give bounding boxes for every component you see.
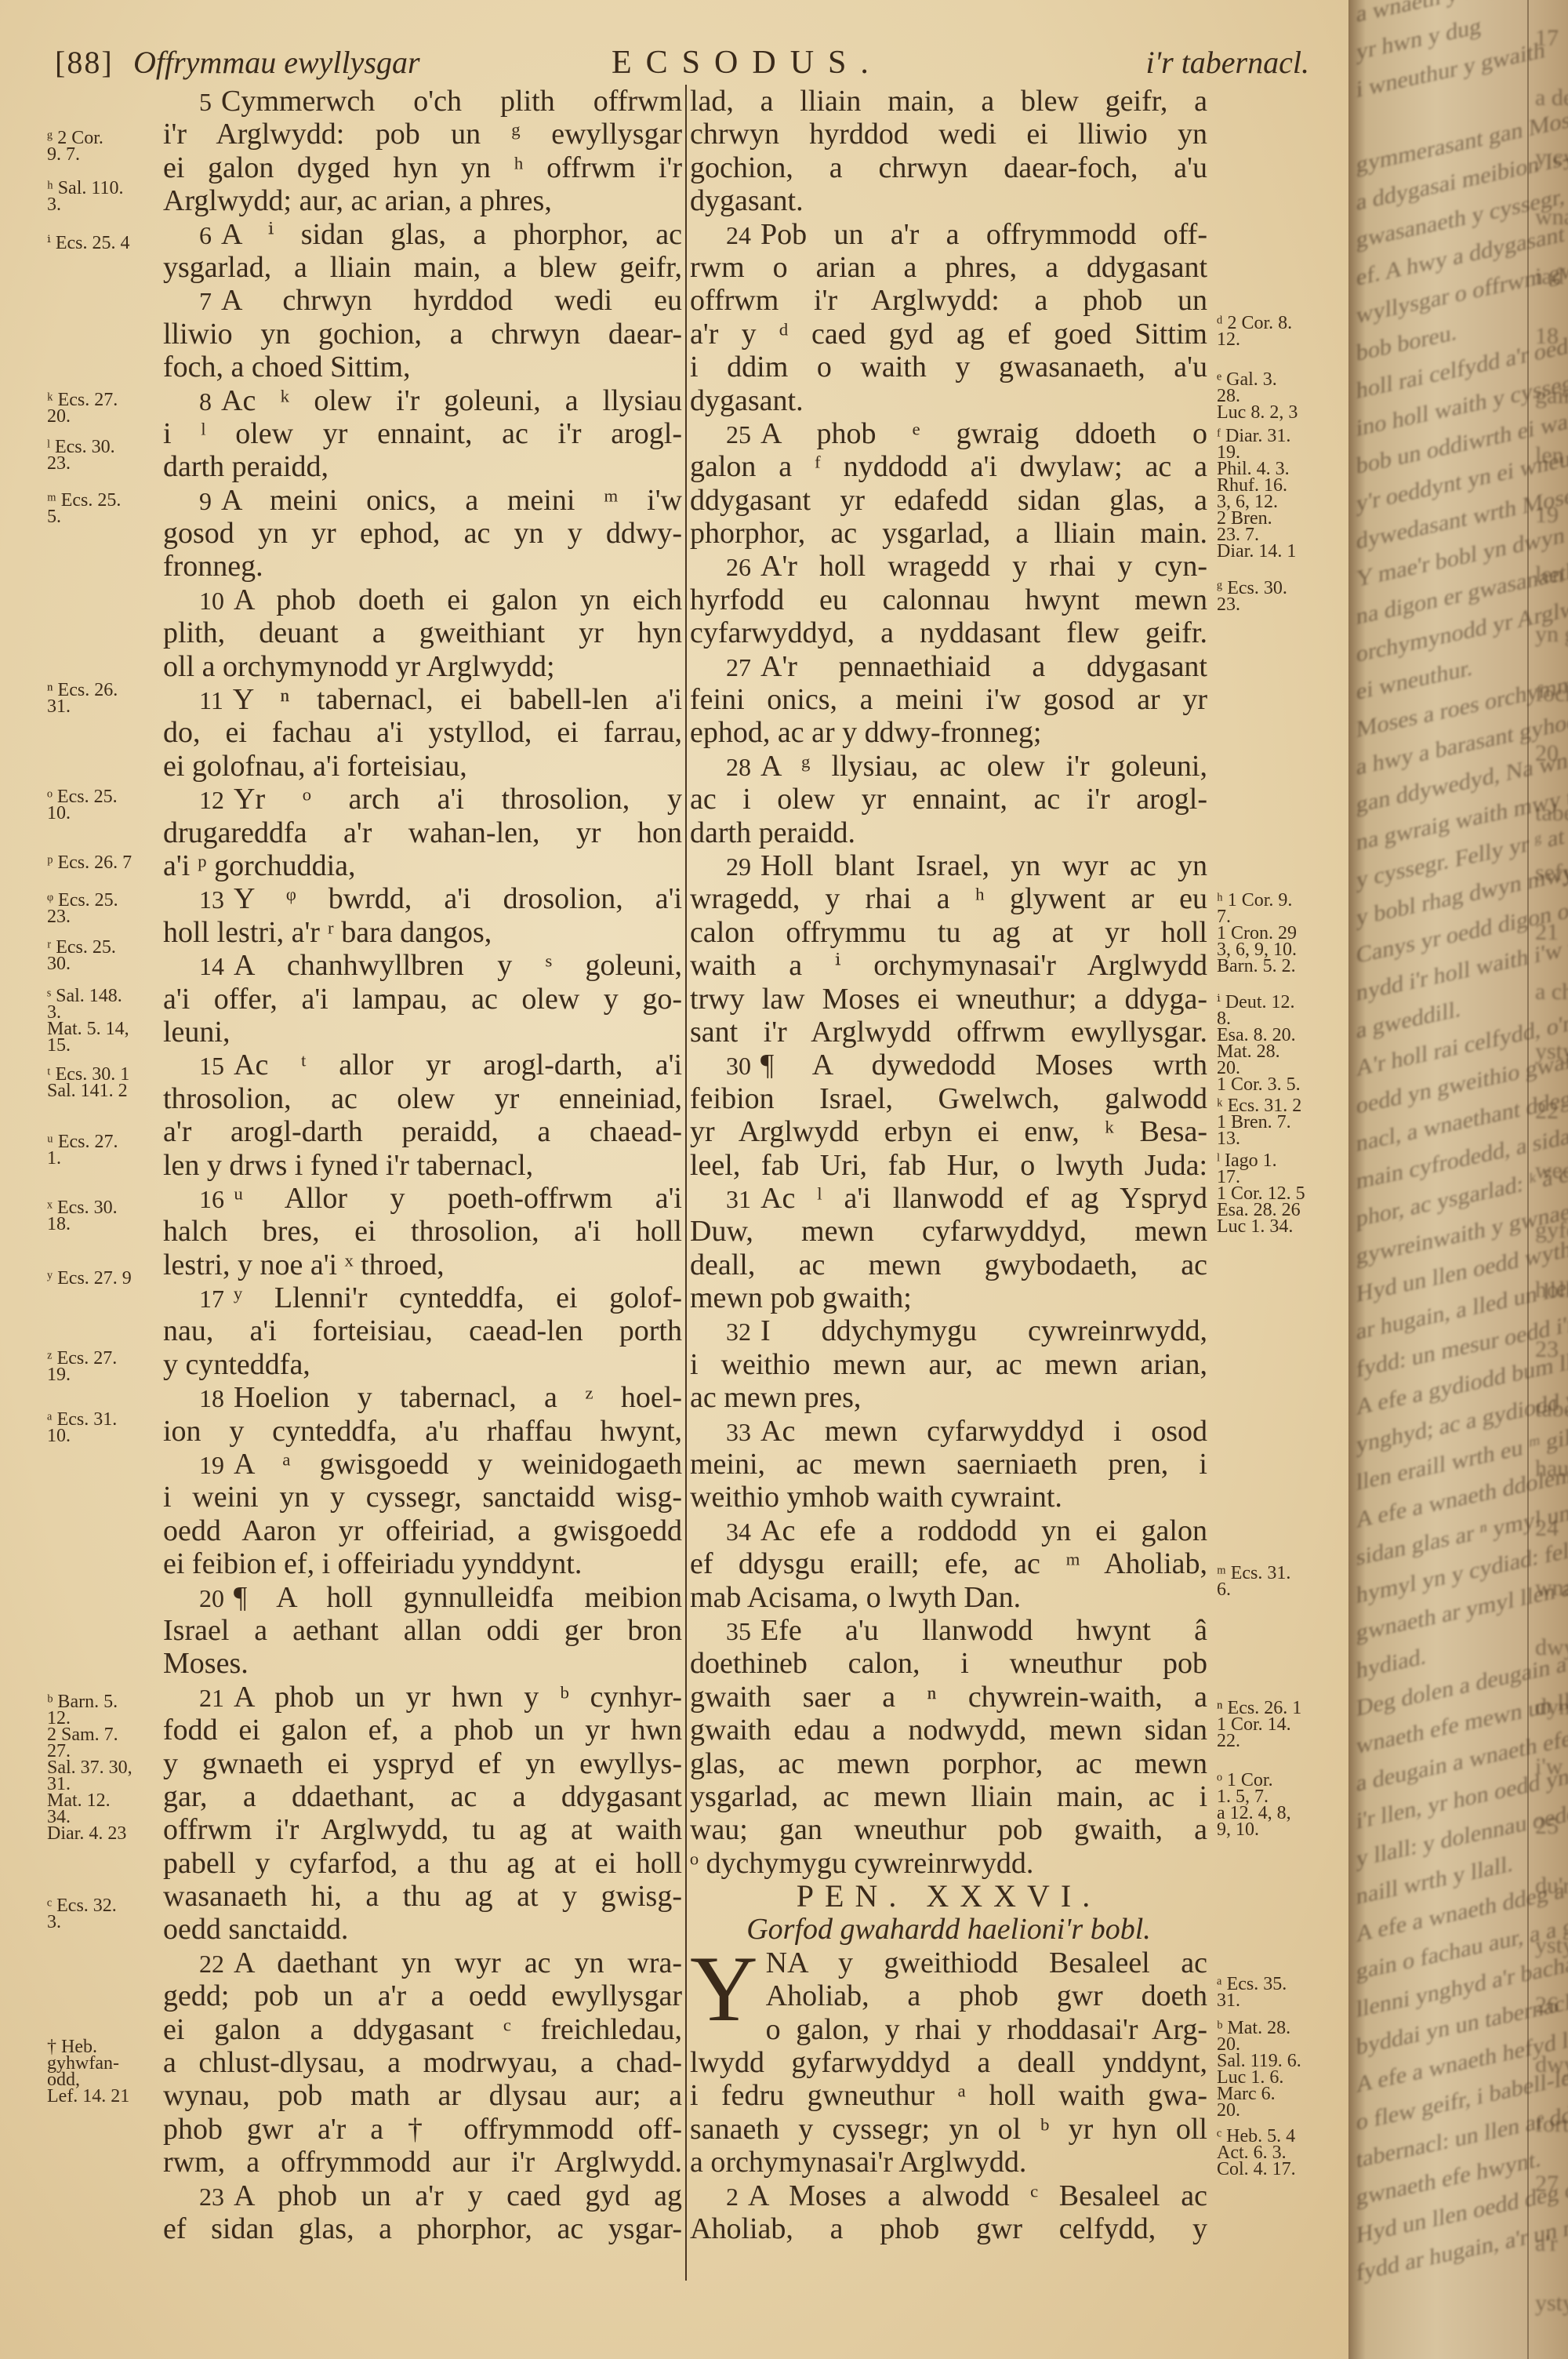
verse-text: darth peraidd,	[163, 450, 328, 483]
chapter-body: Y NA y gweithiodd Besaleel acAholiab, a …	[690, 1946, 1207, 2246]
chapter-lines: NA y gweithiodd Besaleel acAholiab, a ph…	[690, 1946, 1207, 2246]
adjacent-page-fragment: du'r	[1535, 1871, 1568, 1931]
adjacent-page-fragment: gyfe	[1535, 1216, 1568, 1275]
text-line: gar, a ddaethant, ac a ddygasant	[163, 1780, 682, 1813]
verse-text: cyfarwyddyd, a nyddasant flew geifr.	[690, 616, 1207, 649]
text-line: ei golofnau, a'i forteisiau,	[163, 750, 682, 783]
text-line: mewn pob gwaith;	[690, 1281, 1207, 1314]
verse-text: i fedru gwneuthur ᵃ holl waith gwa-	[690, 2079, 1207, 2112]
verse-text: rwm, a offrymmodd aur i'r Arglwydd.	[163, 2146, 682, 2179]
verse-number: 26	[726, 553, 751, 581]
verse-number: 8	[199, 387, 212, 416]
verse-start-line: 18Hoelion y tabernacl, a ᶻ hoel-	[163, 1381, 682, 1414]
verse-text: Moses.	[163, 1647, 249, 1680]
verse-text: ef ddysgu eraill; efe, ac ᵐ Aholiab,	[690, 1547, 1207, 1580]
cross-reference-note: ᵐ Ecs. 31. 6.	[1217, 1565, 1290, 1598]
cross-reference-note: ʳ Ecs. 25. 30.	[47, 940, 116, 972]
verse-text: chrwyn hyrddod wedi ei lliwio yn	[690, 118, 1207, 151]
verse-text: A'r pennaethiaid a ddygasant	[760, 650, 1207, 683]
adjacent-page-fragment: wedi	[1535, 1156, 1568, 1216]
verse-text: wasanaeth hi, a thu ag at y gwisg-	[163, 1880, 682, 1913]
text-line: glas, ac mewn porphor, ac mewn	[690, 1747, 1207, 1780]
text-line: sanaeth y cyssegr; yn ol ᵇ yr hyn oll	[690, 2113, 1207, 2146]
verse-number: 18	[199, 1384, 224, 1412]
text-line: a chlust-dlysau, a modrwyau, a chad-	[163, 2046, 682, 2079]
column-divider	[685, 85, 687, 2281]
verse-text: phob gwr a'r a † offrymmodd off-	[163, 2113, 682, 2146]
verse-text: gosod yn yr ephod, ac yn y ddwy-	[163, 517, 682, 550]
verse-start-line: 13Y ᵠ bwrdd, a'i drosolion, a'i	[163, 882, 682, 915]
verse-number: 7	[199, 287, 212, 315]
cross-reference-note: ᵍ 2 Cor. 9. 7.	[47, 130, 103, 163]
verse-text: NA y gweithiodd Besaleel ac	[766, 1946, 1207, 1979]
cross-reference-note: ᵃ Ecs. 35. 31.	[1217, 1976, 1287, 2009]
verse-number: 5	[199, 88, 212, 116]
verse-text: gwaith edau a nodwydd, mewn sidan	[690, 1714, 1207, 1747]
text-line: leel, fab Uri, fab Hur, o lwyth Juda:	[690, 1149, 1207, 1182]
verse-start-line: 23A phob un a'r y caed gyd ag	[163, 2179, 682, 2212]
verse-number: 24	[726, 221, 751, 249]
verse-text: wragedd, y rhai a ʰ glywent ar eu	[690, 882, 1207, 915]
verse-text: doethineb calon, i wneuthur pob	[690, 1647, 1207, 1680]
adjacent-page-fragment: len o	[1535, 560, 1568, 620]
verse-text: i'r Arglwydd: pob un ᵍ ewyllysgar	[163, 118, 682, 151]
verse-number: 22	[199, 1950, 224, 1978]
verse-start-line: 5Cymmerwch o'ch plith offrwm	[163, 85, 682, 118]
adjacent-page-fragment: 24	[1535, 1514, 1568, 1573]
adjacent-page-fragment: tabe	[1535, 1394, 1568, 1454]
verse-text: wau; gan wneuthur pob gwaith, a	[690, 1813, 1207, 1846]
verse-text: ei galon dyged hyn yn ʰ offrwm i'r	[163, 151, 682, 184]
verse-text: A chanhwyllbren y ˢ goleuni,	[234, 949, 682, 982]
verse-text: gedd; pob un a'r a oedd ewyllysgar	[163, 1979, 682, 2012]
adjacent-page-fragment: dyn	[1535, 1692, 1568, 1752]
verse-number: 25	[726, 420, 751, 449]
verse-text: ei golofnau, a'i forteisiau,	[163, 750, 467, 783]
verse-text: feini onics, a meini i'w gosod ar yr	[690, 683, 1207, 716]
verse-text: ddygasant yr edafedd sidan glas, a	[690, 484, 1207, 517]
text-line: gwaith saer a ⁿ chywrein-waith, a	[690, 1681, 1207, 1714]
text-line: lliwio yn gochion, a chrwyn daear-	[163, 318, 682, 351]
verse-text: fronneg.	[163, 550, 263, 583]
verse-start-line: 22A daethant yn wyr ac yn wra-	[163, 1946, 682, 1979]
text-line: throsolion, ac olew yr enneiniad,	[163, 1082, 682, 1115]
verse-start-line: 35Efe a'u llanwodd hwynt â	[690, 1614, 1207, 1647]
verse-number: 19	[199, 1451, 224, 1479]
cross-reference-note: ⁱ Deut. 12. 8. Esa. 8. 20. Mat. 28. 20. …	[1217, 994, 1301, 1093]
verse-text: Israel a aethant allan oddi ger bron	[163, 1614, 682, 1647]
adjacent-page-divider	[1527, 0, 1529, 2359]
cross-reference-note: ᵒ 1 Cor. 1. 5, 7. a 12. 4, 8, 9, 10.	[1217, 1772, 1291, 1838]
verse-start-line: 32I ddychymygu cywreinrwydd,	[690, 1314, 1207, 1347]
verse-number: 14	[199, 952, 224, 980]
adjacent-page-fragment: 21	[1535, 918, 1568, 977]
text-line: Israel a aethant allan oddi ger bron	[163, 1614, 682, 1647]
text-line: wasanaeth hi, a thu ag at y gwisg-	[163, 1880, 682, 1913]
verse-text: Holl blant Israel, yn wyr ac yn	[760, 849, 1207, 882]
text-line: i'r Arglwydd: pob un ᵍ ewyllysgar	[163, 118, 682, 151]
verse-text: A phob un a'r y caed gyd ag	[234, 2179, 682, 2212]
cross-reference-note: ᵖ Ecs. 26. 7	[47, 855, 132, 871]
text-line: y cynteddfa,	[163, 1348, 682, 1381]
verse-text: Ac ᵗ allor yr arogl-darth, a'i	[234, 1049, 682, 1081]
verse-text: A ᵍ llysiau, ac olew i'r goleuni,	[760, 750, 1207, 783]
text-line: galon a ᶠ nyddodd a'i dwylaw; ac a	[690, 450, 1207, 483]
text-line: a'i ᵖ gorchuddia,	[163, 849, 682, 882]
verse-text: Ac ᵏ olew i'r goleuni, a llysiau	[221, 384, 682, 417]
verse-text: lliwio yn gochion, a chrwyn daear-	[163, 318, 682, 351]
right-column-verses: lad, a lliain main, a blew geifr, achrwy…	[690, 85, 1207, 1880]
verse-text: ef sidan glas, a phorphor, ac ysgar-	[163, 2212, 682, 2245]
verse-number: 17	[199, 1285, 224, 1313]
drop-cap: Y	[690, 1950, 758, 2028]
verse-text: leuni,	[163, 1016, 230, 1049]
text-line: ef ddysgu eraill; efe, ac ᵐ Aholiab,	[690, 1547, 1207, 1580]
verse-text: a'i offer, a'i lampau, ac olew y go-	[163, 983, 682, 1016]
adjacent-page-fragment: iad y	[1535, 262, 1568, 322]
verse-text: A ⁱ sidan glas, a phorphor, ac	[221, 218, 682, 251]
verse-number: 27	[726, 653, 751, 682]
text-line: holl lestri, a'r ʳ bara dangos,	[163, 916, 682, 949]
verse-start-line: 33Ac mewn cyfarwyddyd i osod	[690, 1415, 1207, 1448]
text-line: NA y gweithiodd Besaleel ac	[766, 1946, 1207, 1979]
text-line: meini, ac mewn saerniaeth pren, i	[690, 1448, 1207, 1481]
adjacent-page-fragment: wna	[1535, 1573, 1568, 1633]
text-line: Aholiab, a phob gwr celfydd, y	[690, 2212, 1207, 2245]
verse-text: glas, ac mewn porphor, ac mewn	[690, 1747, 1207, 1780]
cross-reference-note: ᵗ Ecs. 30. 1 Sal. 141. 2	[47, 1067, 129, 1100]
text-line: ephod, ac ar y ddwy-fronneg;	[690, 716, 1207, 749]
verse-number: 20	[199, 1584, 224, 1612]
verse-number: 34	[726, 1518, 751, 1546]
adjacent-page-fragment: fort	[1535, 2110, 1568, 2169]
verse-text: Y ⁿ tabernacl, ei babell-len a'i	[233, 683, 682, 716]
text-line: drugareddfa a'r wahan-len, yr hon	[163, 816, 682, 849]
adjacent-page-fragment: i'w	[1535, 1752, 1568, 1812]
verse-number: 9	[199, 487, 212, 515]
adjacent-page-fragment: taber	[1535, 798, 1568, 858]
running-title-left: Offrymmau ewyllysgar	[133, 44, 420, 81]
verse-text: fodd ei galon ef, a phob un yr hwn	[163, 1714, 682, 1747]
text-line: Duw, mewn cyfarwyddyd, mewn	[690, 1215, 1207, 1248]
verse-start-line: 14A chanhwyllbren y ˢ goleuni,	[163, 949, 682, 982]
verse-text: I ddychymygu cywreinrwydd,	[760, 1314, 1207, 1347]
verse-text: Hoelion y tabernacl, a ᶻ hoel-	[234, 1381, 682, 1414]
verse-text: pabell y cyfarfod, a thu ag at ei holl	[163, 1847, 682, 1880]
page-number: [88]	[55, 44, 114, 81]
text-line: phob gwr a'r a † offrymmodd off-	[163, 2113, 682, 2146]
cross-reference-note: ᵠ Ecs. 25. 23.	[47, 892, 118, 925]
cross-reference-note: ʸ Ecs. 27. 9	[47, 1270, 132, 1287]
verse-number: 21	[199, 1684, 224, 1712]
adjacent-page-column-2: 17a deuy cywnaeiad y18gainlen i19len oyn…	[1535, 24, 1568, 2348]
cross-reference-note: ⁱ Ecs. 25. 4	[47, 235, 129, 252]
verse-text: A phob doeth ei galon yn eich	[234, 583, 682, 616]
text-line: lwydd gyfarwyddyd a deall ynddynt,	[690, 2046, 1207, 2079]
cross-reference-note: † Heb. gyhwfan- odd, Lef. 14. 21	[47, 2039, 129, 2105]
verse-text: y gwnaeth ei yspryd ef yn ewyllys-	[163, 1747, 682, 1780]
text-line: Moses.	[163, 1647, 682, 1680]
text-line: darth peraidd.	[690, 816, 1207, 849]
text-line: y gwnaeth ei yspryd ef yn ewyllys-	[163, 1747, 682, 1780]
text-line: a'r y ᵈ caed gyd ag ef goed Sittim	[690, 318, 1207, 351]
text-line: i weithio mewn aur, ac mewn arian,	[690, 1348, 1207, 1381]
verse-text: A ᵃ gwisgoedd y weinidogaeth	[234, 1448, 682, 1481]
text-line: a orchymynasai'r Arglwydd.	[690, 2146, 1207, 2179]
adjacent-page-fragment: 22	[1535, 1096, 1568, 1156]
text-line: dygasant.	[690, 384, 1207, 417]
verse-text: offrwm i'r Arglwydd, tu ag at waith	[163, 1813, 682, 1846]
verse-text: Y ᵠ bwrdd, a'i drosolion, a'i	[234, 882, 682, 915]
verse-text: ᵒ dychymygu cywreinrwydd.	[690, 1847, 1033, 1880]
verse-text: hyrfodd eu calonnau hwynt mewn	[690, 583, 1207, 616]
adjacent-page-fragment: 17	[1535, 24, 1568, 83]
text-line: oll a orchymynodd yr Arglwydd;	[163, 650, 682, 683]
text-line: gwaith edau a nodwydd, mewn sidan	[690, 1714, 1207, 1747]
verse-start-line: 21A phob un yr hwn y ᵇ cynhyr-	[163, 1681, 682, 1714]
verse-text: a'r arogl-darth peraidd, a chaead-	[163, 1115, 682, 1148]
verse-text: weithio ymhob waith cywraint.	[690, 1481, 1062, 1514]
verse-start-line: 26A'r holl wragedd y rhai y cyn-	[690, 550, 1207, 583]
text-line: waith a ⁱ orchymynasai'r Arglwydd	[690, 949, 1207, 982]
cross-reference-note: ᵉ Gal. 3. 28. Luc 8. 2, 3	[1217, 372, 1298, 421]
verse-text: foch, a choed Sittim,	[163, 351, 411, 383]
verse-text: len y drws i fyned i'r tabernacl,	[163, 1149, 533, 1182]
verse-text: lwydd gyfarwyddyd a deall ynddynt,	[690, 2046, 1207, 2079]
verse-text: throsolion, ac olew yr enneiniad,	[163, 1082, 682, 1115]
verse-text: Cymmerwch o'ch plith offrwm	[221, 85, 682, 118]
cross-reference-note: ʰ Sal. 110. 3.	[47, 180, 124, 213]
text-line: wynau, pob math ar dlysau aur; a	[163, 2079, 682, 2112]
verse-text: Pob un a'r a offrymmodd off-	[760, 218, 1207, 251]
verse-start-line: 27A'r pennaethiaid a ddygasant	[690, 650, 1207, 683]
verse-text: waith a ⁱ orchymynasai'r Arglwydd	[690, 949, 1207, 982]
text-line: gedd; pob un a'r a oedd ewyllysgar	[163, 1979, 682, 2012]
adjacent-page-fragment: 23	[1535, 1335, 1568, 1394]
adjacent-page-fragment: 26	[1535, 1990, 1568, 2050]
cross-reference-note: ᵇ Barn. 5. 12. 2 Sam. 7. 27. Sal. 37. 30…	[47, 1694, 132, 1842]
text-line: feibion Israel, Gwelwch, galwodd	[690, 1082, 1207, 1115]
text-line: lestri, y noe a'i ˣ throed,	[163, 1249, 682, 1281]
verse-text: rwm o arian a phres, a ddygasant	[690, 251, 1207, 284]
adjacent-page-fragment: a'r	[1535, 2229, 1568, 2288]
verse-text: sant i'r Arglwydd offrwm ewyllysgar.	[690, 1016, 1207, 1049]
text-line: ac mewn pres,	[690, 1381, 1207, 1414]
adjacent-page-fragment: ysty	[1535, 1931, 1568, 1990]
text-line: dygasant.	[690, 184, 1207, 217]
verse-start-line: 9A meini onics, a meini ᵐ i'w	[163, 484, 682, 517]
text-line: calon offrymmu tu ag at yr holl	[690, 916, 1207, 949]
text-line: wragedd, y rhai a ʰ glywent ar eu	[690, 882, 1207, 915]
verse-text: a'i ᵖ gorchuddia,	[163, 849, 356, 882]
verse-text: ᵘ Allor y poeth-offrwm a'i	[234, 1182, 682, 1215]
verse-text: oll a orchymynodd yr Arglwydd;	[163, 650, 555, 683]
adjacent-page-fragment: 20	[1535, 739, 1568, 798]
text-line: i fedru gwneuthur ᵃ holl waith gwa-	[690, 2079, 1207, 2112]
adjacent-page-fragment: foch	[1535, 679, 1568, 739]
verse-text: i weithio mewn aur, ac mewn arian,	[690, 1348, 1207, 1381]
verse-number: 11	[199, 686, 223, 714]
verse-text: darth peraidd.	[690, 816, 855, 849]
verse-text: ei feibion ef, i offeiriadu yynddynt.	[163, 1547, 582, 1580]
adjacent-page-fragment: sefyll	[1535, 858, 1568, 918]
verse-text: ysgarlad, a lliain main, a blew geifr,	[163, 251, 682, 284]
cross-reference-note: ˢ Sal. 148. 3. Mat. 5. 14, 15.	[47, 988, 129, 1054]
verse-start-line: 16ᵘ Allor y poeth-offrwm a'i	[163, 1182, 682, 1215]
verse-text: feibion Israel, Gwelwch, galwodd	[690, 1082, 1207, 1115]
book-page: [88] Offrymmau ewyllysgar ECSODUS. i'r t…	[0, 0, 1348, 2359]
verse-text: Aholiab, a phob gwr doeth	[766, 1979, 1207, 2012]
text-line: trwy law Moses ei wneuthur; a ddyga-	[690, 983, 1207, 1016]
cross-reference-note: ᵈ 2 Cor. 8. 12.	[1217, 315, 1292, 348]
verse-text: oedd sanctaidd.	[163, 1913, 348, 1946]
cross-reference-note: ᵏ Ecs. 31. 2 1 Bren. 7. 13.	[1217, 1098, 1301, 1147]
text-line: chrwyn hyrddod wedi ei lliwio yn	[690, 118, 1207, 151]
cross-reference-note: ˡ Iago 1. 17. 1 Cor. 12. 5 Esa. 28. 26 L…	[1217, 1153, 1305, 1235]
verse-start-line: 34Ac efe a roddodd yn ei galon	[690, 1514, 1207, 1547]
cross-reference-note: ᵐ Ecs. 25. 5.	[47, 493, 121, 525]
text-line: plith, deuant a gweithiant yr hyn	[163, 616, 682, 649]
text-line: ei galon a ddygasant ᶜ freichledau,	[163, 2013, 682, 2046]
verse-start-line: 12Yr ᵒ arch a'i throsolion, y	[163, 783, 682, 816]
text-column-right: lad, a lliain main, a blew geifr, achrwy…	[690, 85, 1207, 2245]
verse-text: gochion, a chrwyn daear-foch, a'u	[690, 151, 1207, 184]
adjacent-page-fragment: 18	[1535, 322, 1568, 381]
verse-text: Aholiab, a phob gwr celfydd, y	[690, 2212, 1207, 2245]
verse-text: ion y cynteddfa, a'u rhaffau hwynt,	[163, 1415, 682, 1448]
verse-text: a chlust-dlysau, a modrwyau, a chad-	[163, 2046, 682, 2079]
adjacent-page-curl: a wnaeth y dug-yr hwn y dugi wneuthur y …	[1348, 0, 1568, 2359]
verse-text: calon offrymmu tu ag at yr holl	[690, 916, 1207, 949]
verse-number: 30	[726, 1052, 751, 1080]
verse-start-line: 8Ac ᵏ olew i'r goleuni, a llysiau	[163, 384, 682, 417]
verse-text: A chrwyn hyrddod wedi eu	[221, 284, 682, 317]
verse-text: a'r y ᵈ caed gyd ag ef goed Sittim	[690, 318, 1207, 351]
verse-number: 6	[199, 221, 212, 249]
verse-text: Efe a'u llanwodd hwynt â	[760, 1614, 1207, 1647]
verse-number: 12	[199, 786, 224, 814]
text-line: o galon, y rhai y rhoddasai'r Arg-	[766, 2013, 1207, 2046]
text-line: ysgarlad, ac mewn lliain main, ac i	[690, 1780, 1207, 1813]
verse-text: Ac ˡ a'i llanwodd ef ag Yspryd	[760, 1182, 1207, 1215]
cross-reference-note: ᵍ Ecs. 30. 23.	[1217, 580, 1287, 613]
text-line: pabell y cyfarfod, a thu ag at ei holl	[163, 1847, 682, 1880]
verse-text: ei galon a ddygasant ᶜ freichledau,	[163, 2013, 682, 2046]
verse-text: Duw, mewn cyfarwyddyd, mewn	[690, 1215, 1207, 1248]
verse-text: i weini yn y cyssegr, sanctaidd wisg-	[163, 1481, 682, 1514]
text-line: deall, ac mewn gwybodaeth, ac	[690, 1249, 1207, 1281]
verse-text: Yr ᵒ arch a'i throsolion, y	[234, 783, 682, 816]
text-line: fronneg.	[163, 550, 682, 583]
cross-reference-note: ᵒ Ecs. 25. 10.	[47, 789, 118, 822]
text-line: phorphor, ac ysgarlad, a lliain main.	[690, 517, 1207, 550]
verse-text: A daethant yn wyr ac yn wra-	[234, 1946, 682, 1979]
verse-text: dygasant.	[690, 384, 804, 417]
verse-text: mewn pob gwaith;	[690, 1281, 912, 1314]
adjacent-page-fragment: gain	[1535, 381, 1568, 441]
verse-text: A'r holl wragedd y rhai y cyn-	[760, 550, 1207, 583]
cross-reference-note: ᵏ Ecs. 27. 20.	[47, 392, 118, 425]
text-line: hyrfodd eu calonnau hwynt mewn	[690, 583, 1207, 616]
verse-number: 2	[726, 2183, 739, 2211]
cross-reference-note: ᶻ Ecs. 27. 19.	[47, 1350, 117, 1383]
verse-text: nau, a'i forteisiau, caead-len porth	[163, 1314, 682, 1347]
verse-text: mab Acisama, o lwyth Dan.	[690, 1581, 1021, 1614]
cross-reference-note: ᶜ Ecs. 32. 3.	[47, 1898, 117, 1931]
text-line: i ˡ olew yr ennaint, ac i'r arogl-	[163, 417, 682, 450]
verse-text: sanaeth y cyssegr; yn ol ᵇ yr hyn oll	[690, 2113, 1207, 2146]
verse-text: plith, deuant a gweithiant yr hyn	[163, 616, 682, 649]
verse-text: ¶ A dywedodd Moses wrth	[760, 1049, 1207, 1081]
running-header: [88] Offrymmau ewyllysgar ECSODUS. i'r t…	[55, 44, 1309, 91]
verse-start-line: 15Ac ᵗ allor yr arogl-darth, a'i	[163, 1049, 682, 1081]
verse-number: 29	[726, 852, 751, 881]
verse-text: ¶ A holl gynnulleidfa meibion	[234, 1581, 682, 1614]
verse-text: trwy law Moses ei wneuthur; a ddyga-	[690, 983, 1207, 1016]
verse-text: o galon, y rhai y rhoddasai'r Arg-	[766, 2013, 1207, 2046]
verse-number: 32	[726, 1318, 751, 1346]
cross-reference-note: ʰ 1 Cor. 9. 7. 1 Cron. 29 3, 6, 9, 10. B…	[1217, 892, 1297, 975]
text-line: doethineb calon, i wneuthur pob	[690, 1647, 1207, 1680]
verse-text: y cynteddfa,	[163, 1348, 310, 1381]
verse-text: dygasant.	[690, 184, 804, 217]
verse-text: ysgarlad, ac mewn lliain main, ac i	[690, 1780, 1207, 1813]
text-line: a'r arogl-darth peraidd, a chaead-	[163, 1115, 682, 1148]
text-line: ei feibion ef, i offeiriadu yynddynt.	[163, 1547, 682, 1580]
adjacent-page-fragment: dwy	[1535, 2050, 1568, 2110]
cross-reference-note: ᶜ Heb. 5. 4 Act. 6. 3. Col. 4. 17.	[1217, 2128, 1296, 2178]
verse-text: ʸ Llenni'r cynteddfa, ei golof-	[234, 1281, 682, 1314]
verse-start-line: 28A ᵍ llysiau, ac olew i'r goleuni,	[690, 750, 1207, 783]
text-line: oedd sanctaidd.	[163, 1913, 682, 1946]
verse-text: gar, a ddaethant, ac a ddygasant	[163, 1780, 682, 1813]
verse-text: galon a ᶠ nyddodd a'i dwylaw; ac a	[690, 450, 1207, 483]
verse-start-line: 30¶ A dywedodd Moses wrth	[690, 1049, 1207, 1081]
verse-text: ephod, ac ar y ddwy-fronneg;	[690, 716, 1041, 749]
verse-start-line: 20¶ A holl gynnulleidfa meibion	[163, 1581, 682, 1614]
text-line: i ddim o waith y gwasanaeth, a'u	[690, 351, 1207, 383]
verse-start-line: 10A phob doeth ei galon yn eich	[163, 583, 682, 616]
text-column-left: 5Cymmerwch o'ch plith offrwmi'r Arglwydd…	[163, 85, 682, 2245]
verse-start-line: 24Pob un a'r a offrymmodd off-	[690, 218, 1207, 251]
adjacent-page-fragment: 19	[1535, 500, 1568, 560]
adjacent-page-fragment: hau,	[1535, 1454, 1568, 1514]
text-line: ᵒ dychymygu cywreinrwydd.	[690, 1847, 1207, 1880]
verse-start-line: 31Ac ˡ a'i llanwodd ef ag Yspryd	[690, 1182, 1207, 1215]
verse-text: Ac mewn cyfarwyddyd i osod	[760, 1415, 1207, 1448]
chapter-summary: Gorfod gwahardd haelioni'r bobl.	[690, 1913, 1207, 1946]
verse-start-line: 2A Moses a alwodd ᶜ Besaleel ac	[690, 2179, 1207, 2212]
verse-text: lestri, y noe a'i ˣ throed,	[163, 1249, 445, 1281]
adjacent-page-fragment: y cy	[1535, 143, 1568, 202]
book-title: ECSODUS.	[612, 44, 883, 82]
text-line: ef sidan glas, a phorphor, ac ysgar-	[163, 2212, 682, 2245]
text-line: do, ei fachau a'i ystyllod, ei farrau,	[163, 716, 682, 749]
text-line: rwm o arian a phres, a ddygasant	[690, 251, 1207, 284]
text-line: mab Acisama, o lwyth Dan.	[690, 1581, 1207, 1614]
text-line: cyfarwyddyd, a nyddasant flew geifr.	[690, 616, 1207, 649]
cross-reference-note: ᵃ Ecs. 31. 10.	[47, 1412, 117, 1445]
adjacent-page-fragment: a ch	[1535, 977, 1568, 1037]
verse-text: deall, ac mewn gwybodaeth, ac	[690, 1249, 1207, 1281]
cross-reference-note: ⁿ Ecs. 26. 1 1 Cor. 14. 22.	[1217, 1700, 1301, 1750]
verse-text: i ddim o waith y gwasanaeth, a'u	[690, 351, 1207, 383]
verse-text: phorphor, ac ysgarlad, a lliain main.	[690, 517, 1207, 550]
adjacent-page-fragment: wnae	[1535, 202, 1568, 262]
verse-start-line: 7A chrwyn hyrddod wedi eu	[163, 284, 682, 317]
text-line: gochion, a chrwyn daear-foch, a'u	[690, 151, 1207, 184]
text-line: len y drws i fyned i'r tabernacl,	[163, 1149, 682, 1182]
